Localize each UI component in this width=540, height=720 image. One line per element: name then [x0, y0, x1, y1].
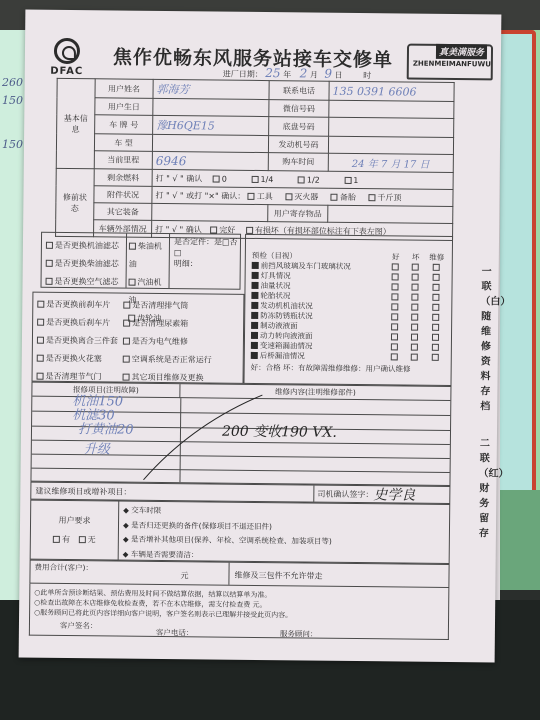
inspection-bad-checkbox[interactable]	[410, 354, 417, 361]
inspection-bad-checkbox[interactable]	[410, 344, 417, 351]
inspection-repair-checkbox[interactable]	[432, 314, 439, 321]
inspection-bad-checkbox[interactable]	[411, 284, 418, 291]
check-label: 是否更换离合三件套	[46, 336, 118, 346]
checkbox-icon	[246, 226, 253, 233]
checkbox-icon	[123, 320, 130, 327]
other-equipment-field[interactable]	[152, 203, 268, 221]
entry-month: 2	[300, 66, 308, 80]
birthday-label: 用户生日	[95, 98, 153, 116]
accessory-option-label: 灭火器	[294, 192, 318, 201]
divider	[228, 563, 229, 585]
filter-oil[interactable]: 是否更换机油滤芯	[46, 237, 119, 256]
checkbox-icon	[79, 536, 86, 543]
requirement-text: 是否归还更换的备件(保修项目不退还旧件)	[131, 520, 272, 530]
driver-sign-label: 司机确认签字：	[317, 489, 373, 501]
birthday-field[interactable]	[153, 98, 269, 116]
bullet-square-icon	[251, 292, 258, 299]
filter-diesel[interactable]: 是否更换柴油滤芯	[46, 255, 119, 274]
advisor-label[interactable]: 服务顾问：	[280, 628, 318, 639]
filters-section: 是否更换机油滤芯 是否更换柴油滤芯 是否更换空气滤芯 柴油机油 汽油机油 齿轮油…	[40, 232, 241, 290]
check-label: 是否更换前刹车片	[46, 300, 110, 310]
plate-field[interactable]: 豫H6QE15	[153, 115, 269, 135]
requirement-yes[interactable]: 有	[53, 535, 70, 544]
inspection-row: 后桥漏油情况	[251, 351, 447, 363]
fuel-instruction: 打 " √ " 确认	[156, 173, 203, 182]
check-front-brake[interactable]: 是否更换前刹车片	[37, 296, 118, 315]
inspection-repair-checkbox[interactable]	[432, 264, 439, 271]
filter-label: 是否更换柴油滤芯	[55, 259, 119, 269]
check-ac[interactable]: 空调系统是否正常运行	[123, 351, 212, 370]
customer-name-value: 郭海芳	[157, 83, 190, 96]
note-line: ○服务顾问已将此页内容详细向客户说明，客户签名则表示已理解并接受此页内容。	[34, 608, 292, 621]
model-label: 车 型	[94, 134, 152, 152]
inspection-repair-checkbox[interactable]	[431, 334, 438, 341]
entry-year: 25	[265, 66, 280, 80]
divider	[313, 486, 314, 502]
checkbox-icon	[53, 536, 60, 543]
bullet-square-icon	[251, 312, 258, 319]
inspection-bad-checkbox[interactable]	[411, 324, 418, 331]
service-checks-section: 是否更换前刹车片 是否更换后刹车片 是否更换离合三件套 是否更换火花塞 是否清理…	[32, 292, 245, 384]
col-good: 好	[386, 252, 406, 262]
inspection-repair-checkbox[interactable]	[431, 354, 438, 361]
check-label: 其它项目维修及更换	[132, 373, 204, 383]
checkbox-icon	[248, 192, 255, 199]
mileage-field[interactable]: 6946	[152, 151, 268, 170]
entry-date: 进厂日期： 25 年 2 月 9 日 时	[223, 66, 372, 82]
engine-no-label: 发动机号码	[268, 136, 328, 154]
mileage-value: 6946	[156, 153, 187, 167]
oil-diesel[interactable]: 柴油机油	[129, 238, 167, 274]
fuel-option-quarter[interactable]: 1/4	[251, 174, 273, 183]
checkbox-icon	[251, 175, 258, 182]
accessory-spare-tire[interactable]: 备胎	[331, 192, 356, 201]
model-field[interactable]	[152, 134, 268, 152]
purchase-date-field[interactable]: 24 年 7 月 17 日	[328, 153, 453, 172]
requirements-label: 用户要求	[31, 515, 118, 527]
inspection-bad-checkbox[interactable]	[411, 274, 418, 281]
inspection-bad-checkbox[interactable]	[411, 294, 418, 301]
inspection-item-label: 灯具情况	[261, 271, 291, 280]
purchase-date-value: 24 年 7 月 17 日	[352, 159, 430, 171]
service-badge: 真美满服务 ZHENMEIMANFUWU	[407, 44, 493, 81]
inspection-good-checkbox[interactable]	[391, 293, 398, 300]
inspection-repair-checkbox[interactable]	[432, 324, 439, 331]
accessory-tools[interactable]: 工具	[248, 191, 273, 200]
fees-label: 费用合计(客户)：	[35, 562, 93, 574]
engine-no-field[interactable]	[328, 136, 453, 154]
wechat-label: 微信号码	[269, 100, 329, 118]
checkbox-icon	[123, 356, 130, 363]
basic-info-group-label: 基本信息	[56, 78, 95, 168]
phone-label: 联系电话	[269, 81, 329, 101]
badge-cn: 真美满服务	[436, 44, 487, 60]
checkbox-icon	[37, 337, 44, 344]
check-label: 是否更换火花塞	[46, 354, 102, 364]
accessory-jack[interactable]: 千斤顶	[368, 193, 401, 202]
other-equipment-label: 其它装备	[94, 203, 152, 221]
checkbox-icon	[46, 242, 53, 249]
inspection-good-checkbox[interactable]	[391, 323, 398, 330]
inspection-item-label: 发动机机油状况	[260, 301, 313, 311]
check-label: 是否清理排气筒	[132, 301, 188, 311]
no-label: 无	[88, 535, 96, 544]
yes-label: 有	[62, 535, 70, 544]
inspection-good-checkbox[interactable]	[391, 303, 398, 310]
repair-content-value[interactable]: 200 变收190 VX.	[222, 421, 337, 442]
accessory-extinguisher[interactable]: 灭火器	[285, 192, 318, 201]
user-items-label: 用户寄存物品	[268, 205, 328, 223]
check-rear-brake[interactable]: 是否更换后刹车片	[37, 314, 118, 333]
inspection-bad-checkbox[interactable]	[411, 304, 418, 311]
inspection-good-checkbox[interactable]	[390, 333, 397, 340]
dongfeng-logo-icon	[54, 38, 80, 64]
repair-order-form: DFAC 焦作优畅东风服务站接车交修单 真美满服务 ZHENMEIMANFUWU…	[19, 10, 502, 663]
checkbox-icon	[344, 176, 351, 183]
logo-text: DFAC	[43, 66, 91, 78]
detail-label: 明细：	[174, 258, 240, 270]
copy-white-label: 一联（白）随维修资料存档	[479, 264, 493, 414]
fuel-option-label: 1	[353, 175, 358, 184]
fuel-option-half[interactable]: 1/2	[298, 175, 320, 184]
checkbox-icon	[129, 243, 136, 250]
check-label: 是否清理节气门	[46, 372, 102, 382]
notes-section: ○此单所含预诊断结果、预估费用及时间不做结算依据，结算以结算单为准。 ○检查出故…	[29, 584, 450, 640]
check-clutch[interactable]: 是否更换离合三件套	[37, 332, 118, 351]
filter-air[interactable]: 是否更换空气滤芯	[45, 273, 118, 292]
bullet-square-icon	[251, 302, 258, 309]
checkbox-icon	[37, 319, 44, 326]
fees-note: 维修及三包件不允许带走	[234, 570, 322, 582]
inspection-item-label: 动力转向液液面	[260, 331, 313, 341]
inspection-good-checkbox[interactable]	[391, 283, 398, 290]
repair-items-section: 报修项目(注明故障) 维修内容(注明维修部件) 机油150 机滤30 打黄油20…	[30, 382, 451, 486]
notebook-note: 150	[2, 94, 23, 107]
chassis-label: 底盘号码	[269, 117, 329, 137]
accessory-instruction: 打 " √ " 或打 "×" 确认：	[155, 190, 245, 200]
phone-value: 135 0391 6606	[333, 84, 417, 98]
inspection-good-checkbox[interactable]	[391, 263, 398, 270]
checkbox-icon	[46, 260, 53, 267]
inspection-item-label: 轮胎状况	[260, 291, 290, 300]
decorative-frame	[496, 30, 536, 500]
inspection-item-label: 前挡风玻璃及车门玻璃状况	[261, 261, 351, 271]
bullet-square-icon	[252, 272, 259, 279]
inspection-bad-checkbox[interactable]	[411, 264, 418, 271]
accessory-option-label: 备胎	[340, 192, 356, 201]
user-items-field[interactable]	[328, 205, 453, 223]
fuel-option-full[interactable]: 1	[344, 175, 358, 184]
check-label: 是否更换后刹车片	[46, 318, 110, 328]
notes-list: ○此单所含预诊断结果、预估费用及时间不做结算依据，结算以结算单为准。 ○检查出故…	[34, 588, 292, 621]
plate-value: 豫H6QE15	[156, 119, 215, 133]
year-unit: 年	[283, 70, 291, 79]
checkbox-icon	[129, 279, 136, 286]
check-spark-plug[interactable]: 是否更换火花塞	[37, 350, 118, 369]
checkbox-icon	[37, 355, 44, 362]
accessory-label: 附件状况	[94, 186, 152, 204]
checkbox-icon	[123, 374, 130, 381]
check-label: 空调系统是否正常运行	[132, 355, 212, 365]
purchase-date-label: 购车时间	[268, 153, 328, 172]
checkbox-icon	[46, 278, 53, 285]
fuel-option-label: 1/2	[307, 175, 320, 184]
bullet-square-icon	[251, 282, 258, 289]
checkbox-icon	[298, 176, 305, 183]
entry-date-label: 进厂日期：	[223, 70, 263, 79]
check-exhaust[interactable]: 是否清理排气筒	[123, 297, 212, 316]
day-unit: 日	[335, 71, 343, 80]
inspection-repair-checkbox[interactable]	[432, 304, 439, 311]
plate-label: 车 牌 号	[95, 115, 153, 135]
inspection-repair-checkbox[interactable]	[432, 284, 439, 291]
inspection-good-checkbox[interactable]	[390, 353, 397, 360]
col-repair: 维修	[426, 253, 448, 263]
oem-parts-choice[interactable]: 是否定件：是□否□	[174, 236, 240, 259]
customer-phone-label[interactable]: 客户电话：	[156, 627, 194, 638]
accessory-option-label: 千斤顶	[377, 193, 401, 202]
filter-label: 是否更换机油滤芯	[55, 241, 119, 251]
checkbox-icon	[368, 194, 375, 201]
inspection-item-label: 油量状况	[260, 281, 290, 290]
requirement-text: 交车时限	[131, 506, 161, 515]
checkbox-icon	[331, 193, 338, 200]
entry-day: 9	[324, 67, 332, 81]
chassis-field[interactable]	[329, 117, 454, 137]
check-label: 是否为电气维修	[132, 337, 188, 347]
customer-name-field[interactable]: 郭海芳	[153, 79, 269, 99]
inspection-item-label: 防冻防锈瓶状况	[260, 311, 313, 321]
inspection-item-label: 变速箱漏油情况	[260, 341, 313, 351]
inspection-legend: 好：合格 坏：有故障需维修维修：用户确认维修	[251, 363, 447, 375]
hour-unit: 时	[363, 71, 371, 80]
wechat-field[interactable]	[329, 100, 454, 118]
customer-sign-label[interactable]: 客户签名：	[60, 620, 98, 631]
fuel-option-label: 1/4	[260, 174, 273, 183]
checkbox-icon	[37, 373, 44, 380]
notebook-note: 260	[2, 76, 23, 89]
basic-info-table: 基本信息 用户姓名 郭海芳 联系电话 135 0391 6606 用户生日 微信…	[55, 78, 455, 241]
accessory-option-label: 工具	[257, 191, 273, 200]
col-bad: 坏	[406, 253, 426, 263]
fuel-option-label: 0	[222, 174, 227, 183]
bullet-square-icon	[251, 342, 258, 349]
checkbox-icon	[210, 226, 217, 233]
checkbox-icon	[213, 175, 220, 182]
inspection-good-checkbox[interactable]	[391, 273, 398, 280]
badge-en: ZHENMEIMANFUWU	[413, 60, 491, 69]
suggest-label: 建议维修项目或增补项目：	[35, 486, 131, 498]
requirement-text: 车辆是否需要清洁：	[131, 549, 199, 559]
checkbox-icon	[37, 301, 44, 308]
requirement-text: 是否增补其他项目(保养、年检、空调系统检查、加装项目等)	[131, 535, 332, 546]
fees-unit: 元	[180, 570, 188, 581]
dfac-logo: DFAC	[43, 38, 91, 83]
mileage-label: 当前里程	[94, 151, 152, 170]
requirements-list: ◆ 交车时限 ◆ 是否归还更换的备件(保修项目不退还旧件) ◆ 是否增补其他项目…	[123, 504, 333, 564]
inspection-bad-checkbox[interactable]	[411, 314, 418, 321]
inspection-good-checkbox[interactable]	[391, 313, 398, 320]
phone-field[interactable]: 135 0391 6606	[329, 81, 454, 101]
checkbox-icon	[123, 338, 130, 345]
inspection-bad-checkbox[interactable]	[410, 334, 417, 341]
month-unit: 月	[310, 71, 318, 80]
driver-signature[interactable]: 史学良	[373, 484, 415, 504]
inspection-item-label: 制动液液面	[260, 321, 298, 330]
inspection-good-checkbox[interactable]	[390, 343, 397, 350]
checkbox-icon	[285, 193, 292, 200]
requirement-item[interactable]: ◆ 是否增补其他项目(保养、年检、空调系统检查、加装项目等)	[123, 533, 332, 550]
bullet-square-icon	[251, 352, 258, 359]
customer-name-label: 用户姓名	[95, 79, 153, 99]
check-urea[interactable]: 是否清理尿素箱	[123, 315, 212, 334]
check-label: 是否清理尿素箱	[132, 319, 188, 329]
inspection-section: 预检（目视） 好 坏 维修 前挡风玻璃及车门玻璃状况灯具情况油量状况轮胎状况发动…	[243, 234, 453, 386]
fuel-option-0[interactable]: 0	[213, 174, 227, 183]
inspection-repair-checkbox[interactable]	[431, 344, 438, 351]
requirement-item[interactable]: ◆ 交车时限	[123, 504, 332, 521]
copy-red-label: 二联（红）财务留存	[478, 436, 491, 541]
bullet-square-icon	[251, 332, 258, 339]
inspection-item-label: 后桥漏油情况	[260, 351, 305, 360]
bullet-square-icon	[252, 262, 259, 269]
fuel-label: 剩余燃料	[94, 169, 152, 187]
checkbox-icon	[123, 302, 130, 309]
filter-label: 是否更换空气滤芯	[55, 277, 119, 287]
requirement-no[interactable]: 无	[79, 535, 96, 544]
inspection-repair-checkbox[interactable]	[432, 294, 439, 301]
repair-status-group-label: 修前状态	[56, 168, 95, 236]
requirements-section: 用户要求 有 无 ◆ 交车时限 ◆ 是否归还更换的备件(保修项目不退还旧件) ◆…	[30, 500, 451, 564]
notebook-note: 150	[2, 138, 23, 151]
inspection-repair-checkbox[interactable]	[432, 274, 439, 281]
check-electrical[interactable]: 是否为电气维修	[123, 333, 212, 352]
bullet-square-icon	[251, 322, 258, 329]
